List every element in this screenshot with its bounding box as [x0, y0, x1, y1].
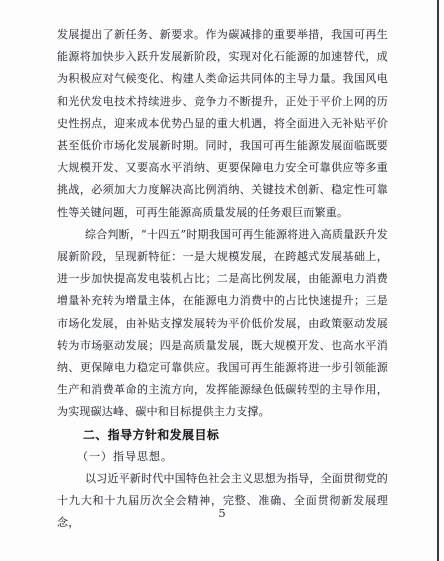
page-content: 发展提出了新任务、新要求。作为碳减排的重要举措，我国可再生能源将加快步入跃升发展… [57, 24, 388, 535]
body-paragraph: 综合判断，“十四五”时期我国可再生能源将进入高质量跃升发展新阶段，呈现新特征：一… [57, 224, 388, 424]
scan-edge-line [437, 0, 439, 561]
page-number: 5 [0, 506, 444, 520]
subsection-heading: （一）指导思想。 [57, 446, 388, 468]
section-heading: 二、指导方针和发展目标 [57, 424, 388, 446]
body-paragraph: 发展提出了新任务、新要求。作为碳减排的重要举措，我国可再生能源将加快步入跃升发展… [57, 24, 388, 224]
document-page: 发展提出了新任务、新要求。作为碳减排的重要举措，我国可再生能源将加快步入跃升发展… [0, 0, 444, 561]
body-paragraph: 以习近平新时代中国特色社会主义思想为指导，全面贯彻党的十九大和十九届历次全会精神… [57, 468, 388, 535]
